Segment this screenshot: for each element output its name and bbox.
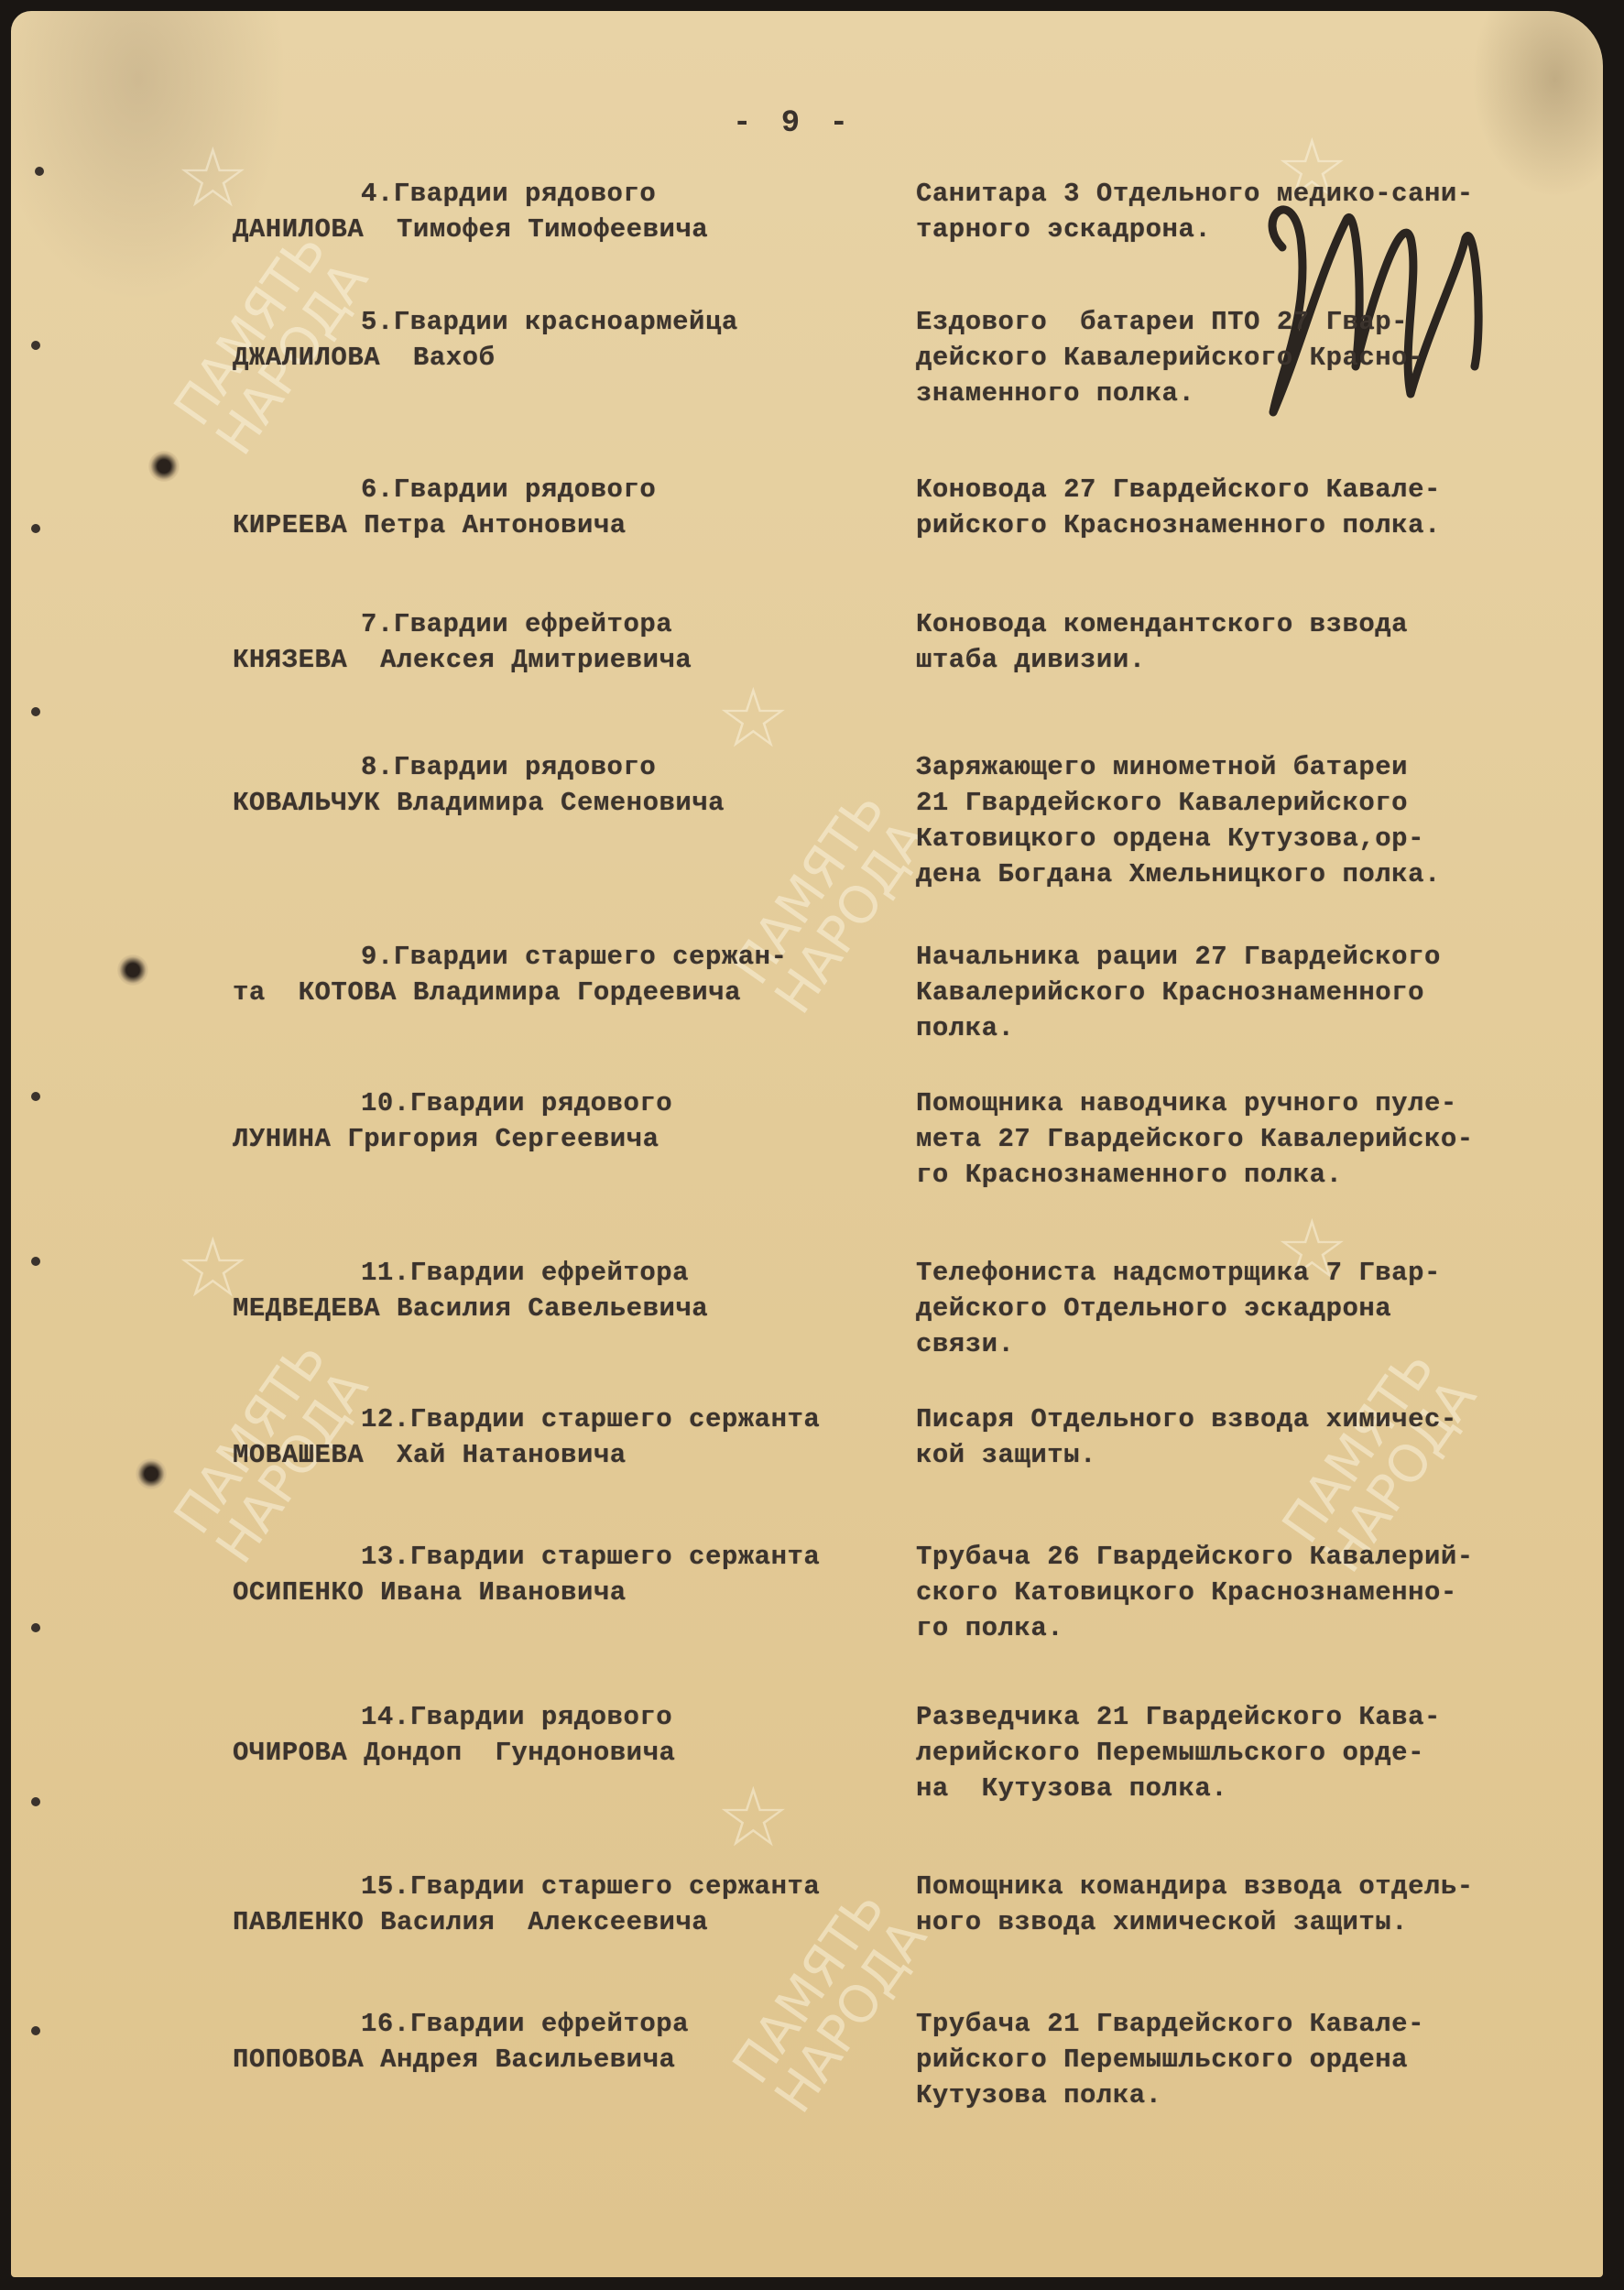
recipient-block: 12.Гвардии старшего сержантаМОВАШЕВА Хай… [233, 1401, 901, 1473]
position-line: тарного эскадрона. [916, 212, 1594, 247]
recipient-position: Телефониста надсмотрщика 7 Гвар-дейского… [916, 1255, 1594, 1362]
position-line: полка. [916, 1010, 1594, 1046]
recipient-rank: 12.Гвардии старшего сержанта [233, 1401, 901, 1437]
position-line: рийского Краснознаменного полка. [916, 507, 1594, 543]
recipient-name: ПАВЛЕНКО Василия Алексеевича [233, 1904, 901, 1940]
recipient-rank: 4.Гвардии рядового [233, 176, 901, 212]
recipient-position: Трубача 21 Гвардейского Кавале-рийского … [916, 2006, 1594, 2113]
position-line: 21 Гвардейского Кавалерийского [916, 785, 1594, 821]
recipient-rank: 16.Гвардии ефрейтора [233, 2006, 901, 2042]
position-line: го полка. [916, 1610, 1594, 1646]
margin-mark [31, 1623, 40, 1632]
position-line: Писаря Отдельного взвода химичес- [916, 1401, 1594, 1437]
recipient-name: КОВАЛЬЧУК Владимира Семеновича [233, 785, 901, 821]
recipient-position: Начальника рации 27 ГвардейскогоКавалери… [916, 939, 1594, 1046]
position-line: Телефониста надсмотрщика 7 Гвар- [916, 1255, 1594, 1291]
recipient-block: 10.Гвардии рядовогоЛУНИНА Григория Серге… [233, 1085, 901, 1157]
position-line: Начальника рации 27 Гвардейского [916, 939, 1594, 975]
recipient-rank: 6.Гвардии рядового [233, 472, 901, 507]
recipient-position: Помощника наводчика ручного пуле-мета 27… [916, 1085, 1594, 1193]
margin-mark [31, 2026, 40, 2035]
recipient-block: 4.Гвардии рядовогоДАНИЛОВА Тимофея Тимоф… [233, 176, 901, 247]
position-line: Трубача 26 Гвардейского Кавалерий- [916, 1539, 1594, 1575]
position-line: дена Богдана Хмельницкого полка. [916, 856, 1594, 892]
recipient-block: 11.Гвардии ефрейтораМЕДВЕДЕВА Василия Са… [233, 1255, 901, 1326]
recipient-position: Санитара 3 Отдельного медико-сани-тарног… [916, 176, 1594, 247]
recipient-rank: 8.Гвардии рядового [233, 749, 901, 785]
recipient-position: Трубача 26 Гвардейского Кавалерий-ского … [916, 1539, 1594, 1646]
position-line: штаба дивизии. [916, 642, 1594, 678]
position-line: кой защиты. [916, 1437, 1594, 1473]
position-line: го Краснознаменного полка. [916, 1157, 1594, 1193]
recipient-block: 5.Гвардии красноармейцаДЖАЛИЛОВА Вахоб [233, 304, 901, 376]
position-line: дейского Отдельного эскадрона [916, 1291, 1594, 1326]
margin-mark [31, 524, 40, 533]
binding-hole [148, 451, 180, 482]
recipient-name: ОСИПЕНКО Ивана Ивановича [233, 1575, 901, 1610]
recipient-block: 8.Гвардии рядовогоКОВАЛЬЧУК Владимира Се… [233, 749, 901, 821]
recipient-position: Писаря Отдельного взвода химичес-кой защ… [916, 1401, 1594, 1473]
position-line: Коновода 27 Гвардейского Кавале- [916, 472, 1594, 507]
recipient-block: 13.Гвардии старшего сержантаОСИПЕНКО Ива… [233, 1539, 901, 1610]
position-line: знаменного полка. [916, 376, 1594, 411]
margin-mark [31, 1257, 40, 1266]
position-line: Помощника командира взвода отдель- [916, 1869, 1594, 1904]
recipient-name: ОЧИРОВА Дондоп Гундоновича [233, 1735, 901, 1771]
position-line: Заряжающего минометной батареи [916, 749, 1594, 785]
star-watermark-icon: ☆ [716, 1770, 790, 1866]
position-line: Коновода комендантского взвода [916, 606, 1594, 642]
margin-mark [35, 167, 44, 176]
margin-mark [31, 1092, 40, 1101]
margin-mark [31, 341, 40, 350]
position-line: мета 27 Гвардейского Кавалерийско- [916, 1121, 1594, 1157]
position-line: дейского Кавалерийского Красно- [916, 340, 1594, 376]
position-line: Катовицкого ордена Кутузова,ор- [916, 821, 1594, 856]
position-line: Кутузова полка. [916, 2077, 1594, 2113]
position-line: ного взвода химической защиты. [916, 1904, 1594, 1940]
recipient-rank: 14.Гвардии рядового [233, 1699, 901, 1735]
position-line: на Кутузова полка. [916, 1771, 1594, 1806]
recipient-block: 6.Гвардии рядовогоКИРЕЕВА Петра Антонови… [233, 472, 901, 543]
position-line: ского Катовицкого Краснознаменно- [916, 1575, 1594, 1610]
recipient-name: та КОТОВА Владимира Гордеевича [233, 975, 901, 1010]
recipient-rank: 15.Гвардии старшего сержанта [233, 1869, 901, 1904]
margin-mark [31, 1797, 40, 1806]
recipient-block: 14.Гвардии рядовогоОЧИРОВА Дондоп Гундон… [233, 1699, 901, 1771]
margin-mark [31, 707, 40, 716]
recipient-block: 16.Гвардии ефрейтораПОПОВОВА Андрея Васи… [233, 2006, 901, 2077]
recipient-name: КИРЕЕВА Петра Антоновича [233, 507, 901, 543]
recipient-rank: 13.Гвардии старшего сержанта [233, 1539, 901, 1575]
position-line: Санитара 3 Отдельного медико-сани- [916, 176, 1594, 212]
recipient-name: КНЯЗЕВА Алексея Дмитриевича [233, 642, 901, 678]
recipient-name: МЕДВЕДЕВА Василия Савельевича [233, 1291, 901, 1326]
recipient-rank: 9.Гвардии старшего сержан- [233, 939, 901, 975]
recipient-block: 15.Гвардии старшего сержантаПАВЛЕНКО Вас… [233, 1869, 901, 1940]
recipient-position: Коновода комендантского взводаштаба диви… [916, 606, 1594, 678]
recipient-rank: 10.Гвардии рядового [233, 1085, 901, 1121]
recipient-name: ДЖАЛИЛОВА Вахоб [233, 340, 901, 376]
recipient-name: ПОПОВОВА Андрея Васильевича [233, 2042, 901, 2077]
position-line: Ездового батареи ПТО 27 Гвар- [916, 304, 1594, 340]
recipient-name: МОВАШЕВА Хай Натановича [233, 1437, 901, 1473]
position-line: Кавалерийского Краснознаменного [916, 975, 1594, 1010]
recipient-rank: 5.Гвардии красноармейца [233, 304, 901, 340]
recipient-block: 7.Гвардии ефрейтораКНЯЗЕВА Алексея Дмитр… [233, 606, 901, 678]
page-number: - 9 - [733, 106, 854, 141]
recipient-block: 9.Гвардии старшего сержан-та КОТОВА Влад… [233, 939, 901, 1010]
recipient-name: ДАНИЛОВА Тимофея Тимофеевича [233, 212, 901, 247]
position-line: связи. [916, 1326, 1594, 1362]
position-line: Разведчика 21 Гвардейского Кава- [916, 1699, 1594, 1735]
binding-hole [136, 1458, 167, 1489]
recipient-position: Ездового батареи ПТО 27 Гвар-дейского Ка… [916, 304, 1594, 411]
recipient-rank: 7.Гвардии ефрейтора [233, 606, 901, 642]
recipient-rank: 11.Гвардии ефрейтора [233, 1255, 901, 1291]
recipient-name: ЛУНИНА Григория Сергеевича [233, 1121, 901, 1157]
position-line: Помощника наводчика ручного пуле- [916, 1085, 1594, 1121]
recipient-position: Помощника командира взвода отдель-ного в… [916, 1869, 1594, 1940]
position-line: лерийского Перемышльского орде- [916, 1735, 1594, 1771]
recipient-position: Разведчика 21 Гвардейского Кава-лерийско… [916, 1699, 1594, 1806]
recipient-position: Заряжающего минометной батареи21 Гвардей… [916, 749, 1594, 892]
binding-hole [117, 954, 148, 986]
position-line: рийского Перемышльского ордена [916, 2042, 1594, 2077]
recipient-position: Коновода 27 Гвардейского Кавале-рийского… [916, 472, 1594, 543]
position-line: Трубача 21 Гвардейского Кавале- [916, 2006, 1594, 2042]
